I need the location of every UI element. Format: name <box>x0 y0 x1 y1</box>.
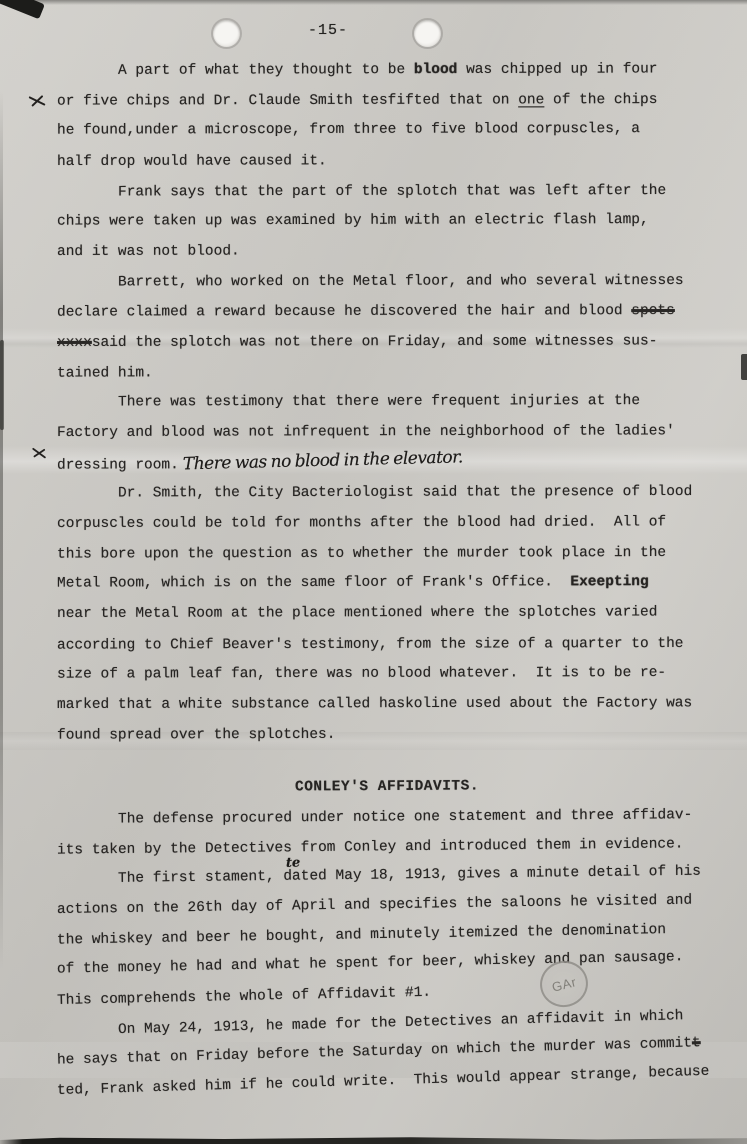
text-run: and it was not blood. <box>57 244 240 260</box>
text-line: found spread over the splotches. <box>57 719 717 751</box>
text-run: The defense procured under notice one st… <box>118 807 692 827</box>
punch-hole-icon <box>213 20 240 47</box>
scan-edge-left <box>0 90 3 970</box>
text-run: according to Chief Beaver's testimony, f… <box>57 636 684 654</box>
text-line: this bore upon the question as to whethe… <box>57 538 717 570</box>
text-run: Frank says that the part of the splotch … <box>118 183 666 200</box>
text-run: Factory and blood was not infrequent in … <box>57 424 675 442</box>
text-run: blood <box>414 62 458 78</box>
scan-corner-mark <box>0 0 45 19</box>
text-run: was chipped up in four <box>457 61 657 78</box>
text-run: actions on the 26th day of April and spe… <box>57 893 692 918</box>
text-line: xxxxsaid the splotch was not there on Fr… <box>57 326 717 358</box>
section-heading: CONLEY'S AFFIDAVITS. <box>57 771 717 805</box>
text-line: he found,under a microscope, from three … <box>57 114 717 146</box>
text-run: The first sta <box>118 869 231 886</box>
margin-x-mark-icon <box>30 446 46 461</box>
text-run: he found,under a microscope, from three … <box>57 121 640 139</box>
text-line: A part of what they thought to be blood … <box>57 54 717 86</box>
scan-edge-left-dash <box>0 340 4 430</box>
text-line: Metal Room, which is on the same floor o… <box>57 567 717 599</box>
text-line: dressing room. There was no blood in the… <box>57 447 717 479</box>
text-run: t <box>692 1035 701 1051</box>
text-line: declare claimed a reward because he disc… <box>57 295 717 327</box>
margin-x-mark-icon <box>27 93 45 110</box>
text-line: tained him. <box>57 357 717 389</box>
text-run: There was no blood in the elevator. <box>178 443 463 480</box>
text-line: corpuscles could be told for months afte… <box>57 507 717 539</box>
text-run: declare claimed a reward because he disc… <box>57 303 631 321</box>
text-run: xxxx <box>57 335 92 351</box>
text-run: size of a palm leaf fan, there was no bl… <box>57 665 666 683</box>
text-run: Exeepting <box>570 574 648 590</box>
text-run: marked that a white substance called has… <box>57 695 692 713</box>
text-line: Barrett, who worked on the Metal floor, … <box>57 266 717 298</box>
text-run: CONLEY'S AFFIDAVITS. <box>295 779 479 796</box>
scan-edge-right-mark <box>741 354 747 380</box>
text-run: Barrett, who worked on the Metal floor, … <box>118 273 684 290</box>
text-line: There was testimony that there were freq… <box>57 386 717 418</box>
text-run: dressing room. <box>57 458 179 474</box>
text-run: of the chips <box>544 92 657 108</box>
scanned-document-page: -15- A part of what they thought to be b… <box>0 0 747 1144</box>
stamp-text: GAr <box>550 974 578 995</box>
text-line: or five chips and Dr. Claude Smith tesfi… <box>57 85 717 117</box>
text-run: This comprehends the whole of Affidavit … <box>57 984 431 1008</box>
text-run: Metal Room, which is on the same floor o… <box>57 574 570 591</box>
text-line: size of a palm leaf fan, there was no bl… <box>57 658 717 690</box>
text-run: A part of what they thought to be <box>118 62 414 79</box>
text-line: according to Chief Beaver's testimony, f… <box>57 628 717 660</box>
text-run: or five chips and Dr. Claude Smith tesfi… <box>57 93 518 110</box>
text-line: marked that a white substance called has… <box>57 688 717 720</box>
punch-hole-icon <box>414 20 441 47</box>
text-line: Frank says that the part of the splotch … <box>57 176 717 208</box>
text-line: chips were taken up was examined by him … <box>57 205 717 237</box>
text-run: half drop would have caused it. <box>57 153 327 170</box>
text-run: Dr. Smith, the City Bacteriologist said … <box>118 484 692 502</box>
page-number: -15- <box>290 22 366 39</box>
text-line: Dr. Smith, the City Bacteriologist said … <box>57 476 717 508</box>
scan-edge-bottom <box>0 1135 747 1144</box>
text-line: half drop would have caused it. <box>57 145 717 177</box>
text-run: its taken by the Detectives from Conley … <box>57 836 684 858</box>
text-run: this bore upon the question as to whethe… <box>57 545 666 563</box>
scan-edge-top <box>0 0 747 5</box>
text-run: said the splotch was not there on Friday… <box>92 333 658 350</box>
text-run: found spread over the splotches. <box>57 727 335 744</box>
text-run: spots <box>631 302 675 318</box>
document-body: A part of what they thought to be blood … <box>57 56 717 1106</box>
text-line: near the Metal Room at the place mention… <box>57 598 717 630</box>
text-run: tained him. <box>57 365 153 381</box>
text-run: ment, dated May 18, 1913, gives a minute… <box>231 863 701 885</box>
text-line: and it was not blood. <box>57 235 717 267</box>
text-run: corpuscles could be told for months afte… <box>57 514 666 532</box>
text-run: one <box>518 93 544 109</box>
text-run: chips were taken up was examined by him … <box>57 212 649 230</box>
text-run: near the Metal Room at the place mention… <box>57 605 657 623</box>
text-run: There was testimony that there were freq… <box>118 393 640 410</box>
